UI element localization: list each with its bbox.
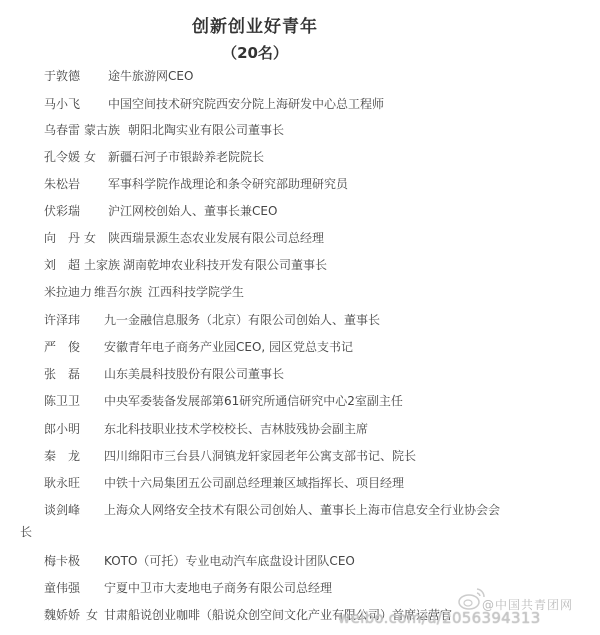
entry-name: 于敦德 [44,67,80,84]
entry-name: 米拉迪力 [44,283,92,300]
entry-desc: 军事科学院作战理论和条令研究部助理研究员 [108,175,348,192]
entry-name: 张 磊 [44,365,80,382]
entry-desc: 中铁十六局集团五公司副总经理兼区域指挥长、项目经理 [104,474,404,491]
entry-name: 伏彩瑞 [44,202,80,219]
entry-tag: 女 [86,606,98,623]
entry-name: 乌春雷 [44,121,80,138]
entry-desc: 中央军委装备发展部第61研究所通信研究中心2室副主任 [104,392,403,409]
entry-desc: 九一金融信息服务（北京）有限公司创始人、董事长 [104,311,380,328]
entry-name: 朱松岩 [44,175,80,192]
watermark-url: weibo.com/u/2056394313 [338,609,541,627]
entry-desc: 四川绵阳市三台县八洞镇龙轩家园老年公寓支部书记、院长 [104,447,416,464]
entry-tag: 土家族 [84,256,120,273]
entry-desc: 途牛旅游网CEO [108,67,193,84]
entry-name: 马小飞 [44,95,80,112]
entry-desc: 朝阳北陶实业有限公司董事长 [128,121,284,138]
entry-desc: 陕西瑞景源生态农业发展有限公司总经理 [108,229,324,246]
entry-desc: 安徽青年电子商务产业园CEO, 园区党总支书记 [104,338,353,355]
entry-name: 童伟强 [44,579,80,596]
entry-desc: 新疆石河子市银龄养老院院长 [108,148,264,165]
entry-name: 向 丹 [44,229,80,246]
entry-tag: 女 [84,148,96,165]
entry-name: 许泽玮 [44,311,80,328]
entry-name: 谈剑峰 [44,501,80,518]
entry-desc: 山东美晨科技股份有限公司董事长 [104,365,284,382]
entry-name: 魏娇娇 [44,606,80,623]
entry-tag: 维吾尔族 [94,283,142,300]
document-subtitle: （20名） [0,42,510,63]
entry-desc: 东北科技职业技术学校校长、吉林肢残协会副主席 [104,420,368,437]
entry-name: 陈卫卫 [44,392,80,409]
entry-name: 刘 超 [44,256,80,273]
entry-tag: 蒙古族 [84,121,120,138]
entry-desc: 湖南乾坤农业科技开发有限公司董事长 [123,256,327,273]
entry-name: 严 俊 [44,338,80,355]
entry-desc: KOTO（可托）专业电动汽车底盘设计团队CEO [104,552,355,569]
entry-desc-continuation: 长 [20,523,32,540]
entry-name: 秦 龙 [44,447,80,464]
entry-name: 耿永旺 [44,474,80,491]
entry-desc: 沪江网校创始人、董事长兼CEO [108,202,277,219]
entry-desc: 上海众人网络安全技术有限公司创始人、董事长上海市信息安全行业协会会 [104,501,500,518]
entry-desc: 中国空间技术研究院西安分院上海研发中心总工程师 [108,95,384,112]
entry-tag: 女 [84,229,96,246]
entry-desc: 宁夏中卫市大麦地电子商务有限公司总经理 [104,579,332,596]
entry-name: 孔令媛 [44,148,80,165]
entry-desc: 江西科技学院学生 [148,283,244,300]
document-title: 创新创业好青年 [0,12,510,37]
entry-name: 梅卡极 [44,552,80,569]
entry-name: 郎小明 [44,420,80,437]
